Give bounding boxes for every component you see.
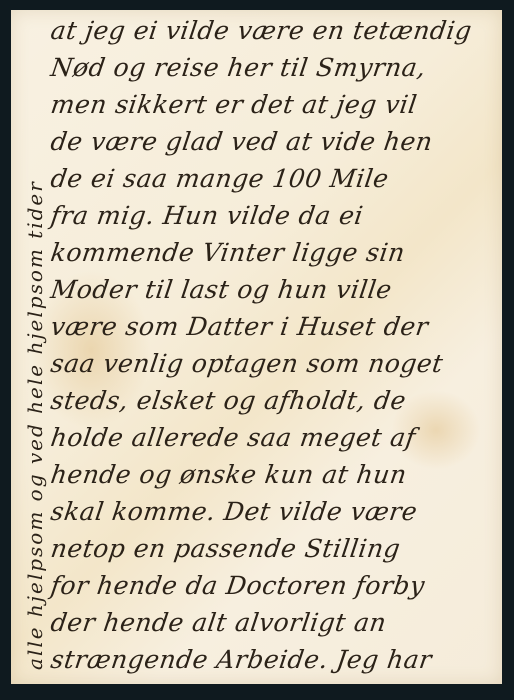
text-line: skal komme. Det vilde være bbox=[49, 497, 419, 526]
text-line: fra mig. Hun vilde da ei bbox=[49, 201, 365, 230]
text-line: holde allerede saa meget af bbox=[49, 423, 418, 452]
text-line: kommende Vinter ligge sin bbox=[49, 238, 407, 267]
text-line: Moder til last og hun ville bbox=[49, 275, 394, 304]
text-line: at jeg ei vilde være en tetændig bbox=[49, 16, 474, 45]
text-line: for hende da Doctoren forby bbox=[49, 571, 427, 600]
margin-note: alle hjelpsom og ved hele hjelpsom tider bbox=[23, 180, 47, 670]
text-line: strængende Arbeide. Jeg har bbox=[49, 645, 434, 674]
letter-page: alle hjelpsom og ved hele hjelpsom tider… bbox=[11, 10, 502, 684]
text-line: de ei saa mange 100 Mile bbox=[49, 164, 391, 193]
text-line: Nød og reise her til Smyrna, bbox=[49, 53, 428, 82]
text-line: der hende alt alvorligt an bbox=[49, 608, 388, 637]
text-line: være som Datter i Huset der bbox=[49, 312, 430, 341]
text-line: steds, elsket og afholdt, de bbox=[49, 386, 408, 415]
text-line: men sikkert er det at jeg vil bbox=[49, 90, 419, 119]
text-line: de være glad ved at vide hen bbox=[49, 127, 435, 156]
text-line: saa venlig optagen som noget bbox=[49, 349, 445, 378]
text-line: hende og ønske kun at hun bbox=[49, 460, 409, 489]
text-line: netop en passende Stilling bbox=[49, 534, 402, 563]
